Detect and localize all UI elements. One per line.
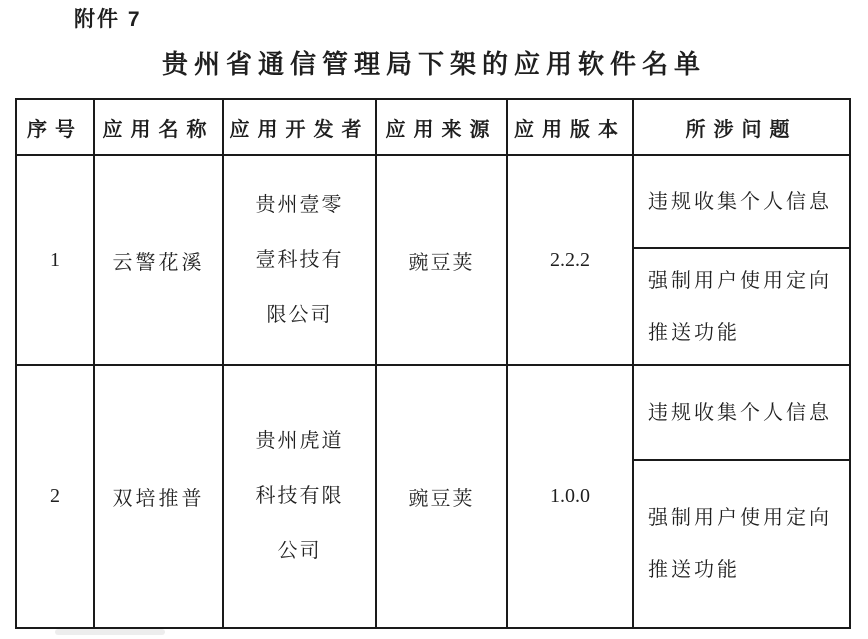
source-cell: 豌豆荚 [376,365,507,628]
developer-cell: 贵州壹零壹科技有限公司 [223,155,376,365]
page-title: 贵州省通信管理局下架的应用软件名单 [0,44,868,81]
header-version: 应用版本 [507,99,633,155]
header-serial: 序号 [16,99,94,155]
developer-cell: 贵州虎道科技有限公司 [223,365,376,628]
app-name-cell: 双培推普 [94,365,223,628]
attachment-label: 附件 7 [74,3,142,33]
header-developer: 应用开发者 [223,99,376,155]
serial-cell: 1 [16,155,94,365]
issue-cell: 违规收集个人信息 [633,365,850,460]
table-header-row: 序号 应用名称 应用开发者 应用来源 应用版本 所涉问题 [16,99,850,155]
issue-cell: 强制用户使用定向推送功能 [633,248,850,365]
header-app-name: 应用名称 [94,99,223,155]
source-cell: 豌豆荚 [376,155,507,365]
table-row: 1 云警花溪 贵州壹零壹科技有限公司 豌豆荚 2.2.2 违规收集个人信息 [16,155,850,248]
version-cell: 1.0.0 [507,365,633,628]
issue-cell: 违规收集个人信息 [633,155,850,248]
scan-artifact [55,629,165,635]
removed-apps-table: 序号 应用名称 应用开发者 应用来源 应用版本 所涉问题 1 云警花溪 贵州壹零… [15,98,851,629]
serial-cell: 2 [16,365,94,628]
header-source: 应用来源 [376,99,507,155]
app-name-cell: 云警花溪 [94,155,223,365]
version-cell: 2.2.2 [507,155,633,365]
issue-cell: 强制用户使用定向推送功能 [633,460,850,628]
header-issues: 所涉问题 [633,99,850,155]
table-row: 2 双培推普 贵州虎道科技有限公司 豌豆荚 1.0.0 违规收集个人信息 [16,365,850,460]
